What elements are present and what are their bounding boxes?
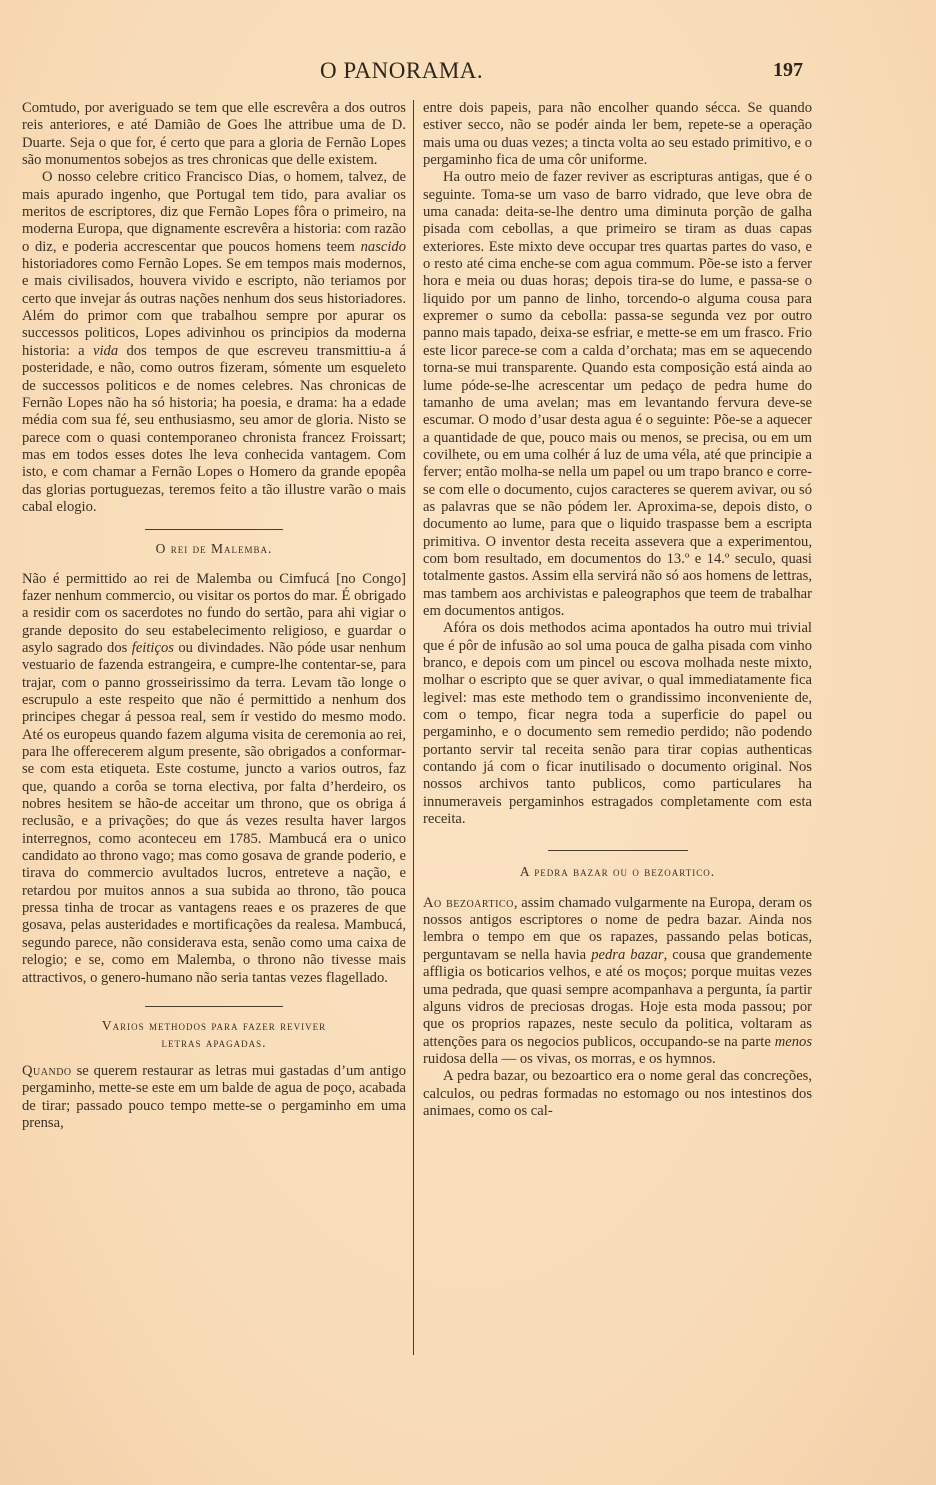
right-column: entre dois papeis, para não encolher qua… (423, 100, 812, 1120)
lead-word: Quando (22, 1063, 72, 1079)
text-run: dos tempos de que escreveu transmittiu-a… (22, 343, 406, 515)
left-column: Comtudo, por averiguado se tem que elle … (22, 100, 406, 1132)
italic-text: menos (775, 1034, 812, 1050)
page-number: 197 (773, 59, 803, 82)
article-varios-methodos-continued: entre dois papeis, para não encolher qua… (423, 100, 812, 828)
text-run: se querem restaurar as letras mui gastad… (22, 1063, 406, 1131)
paragraph: Afóra os dois methodos acima apontados h… (423, 620, 812, 828)
text-run: ruidosa della — os vivas, os morras, e o… (423, 1051, 716, 1067)
italic-text: nascido (361, 239, 406, 255)
paragraph: Comtudo, por averiguado se tem que elle … (22, 100, 406, 169)
article-pedra-bazar: Ao bezoartico, assim chamado vulgarmente… (423, 895, 812, 1120)
paragraph: A pedra bazar, ou bezoartico era o nome … (423, 1068, 812, 1120)
section-rule (548, 850, 688, 851)
paragraph: Ao bezoartico, assim chamado vulgarmente… (423, 895, 812, 1068)
italic-text: vida (93, 343, 118, 359)
heading-line: Varios methodos para fazer reviver (22, 1017, 406, 1034)
section-rule (145, 1006, 283, 1007)
article-rei-de-malemba: Não é permittido ao rei de Malemba ou Ci… (22, 571, 406, 987)
page-header: O PANORAMA. 197 (0, 58, 936, 88)
text-run: O nosso celebre critico Francisco Dias, … (22, 169, 406, 254)
text-run: ou divindades. Não póde usar nenhum vest… (22, 640, 406, 986)
section-heading-varios-methodos: Varios methodos para fazer reviver letra… (22, 1017, 406, 1051)
section-rule (145, 529, 283, 530)
section-heading-malemba: O rei de Malemba. (22, 540, 406, 557)
paragraph: Ha outro meio de fazer reviver as escrip… (423, 169, 812, 620)
lead-word: Ao bezoartico (423, 895, 514, 911)
heading-line: letras apagadas. (22, 1034, 406, 1051)
column-divider (413, 100, 414, 1355)
italic-text: feitiços (132, 640, 174, 656)
running-title: O PANORAMA. (320, 58, 520, 84)
paragraph: Quando se querem restaurar as letras mui… (22, 1063, 406, 1132)
italic-text: pedra bazar (591, 947, 663, 963)
article-varios-methodos: Quando se querem restaurar as letras mui… (22, 1063, 406, 1132)
paragraph: entre dois papeis, para não encolher qua… (423, 100, 812, 169)
article-fernao-lopes: Comtudo, por averiguado se tem que elle … (22, 100, 406, 516)
section-heading-pedra-bazar: A pedra bazar ou o bezoartico. (423, 863, 812, 880)
paragraph: Não é permittido ao rei de Malemba ou Ci… (22, 571, 406, 987)
paragraph: O nosso celebre critico Francisco Dias, … (22, 169, 406, 516)
